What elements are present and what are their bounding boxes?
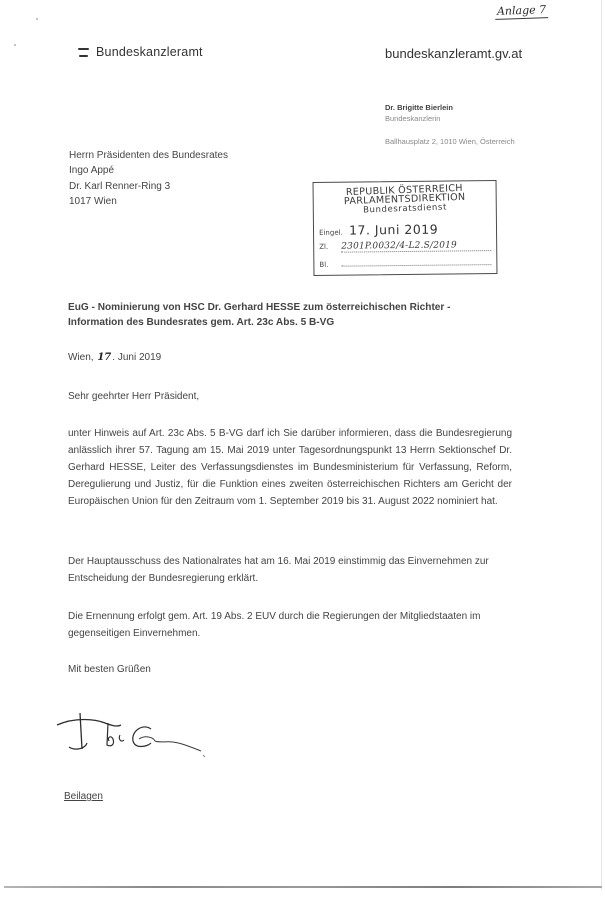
month-year: . Juni 2019 — [112, 352, 161, 363]
recipient-line: 1017 Wien — [69, 194, 228, 209]
sender-name: Dr. Brigitte Bierlein — [385, 102, 453, 113]
website-url: bundeskanzleramt.gv.at — [385, 46, 522, 61]
body-paragraph: Der Hauptausschuss des Nationalrates hat… — [68, 553, 512, 587]
page-edge — [601, 0, 602, 890]
austrian-flag-icon — [78, 48, 89, 57]
handwritten-annotation: Anlage 7 — [495, 3, 549, 20]
scan-speck — [14, 44, 16, 46]
place: Wien, — [68, 352, 94, 363]
stamp-reference-value: 2301P.0032/4-L2.S/2019 — [341, 240, 491, 253]
sender-block: Dr. Brigitte Bierlein Bundeskanzlerin — [385, 102, 453, 124]
recipient-line: Dr. Karl Renner-Ring 3 — [69, 179, 228, 194]
closing: Mit besten Grüßen — [68, 664, 151, 675]
body-paragraph: Die Ernennung erfolgt gem. Art. 19 Abs. … — [68, 608, 512, 642]
letter-subject: EuG - Nominierung von HSC Dr. Gerhard HE… — [68, 300, 508, 330]
stamp-reference-row: Zl. 2301P.0032/4-L2.S/2019 — [319, 240, 491, 253]
stamp-bl-line — [341, 258, 491, 267]
page-edge-bottom — [4, 886, 602, 888]
stamp-heading: REPUBLIK ÖSTERREICH PARLAMENTSDIREKTION … — [313, 183, 496, 218]
logo-text: Bundeskanzleramt — [96, 45, 203, 59]
enclosures-label: Beilagen — [64, 791, 103, 802]
stamp-reference-label: Zl. — [319, 243, 341, 251]
signature — [55, 705, 215, 765]
recipient-line: Herrn Präsidenten des Bundesrates — [69, 148, 228, 163]
received-stamp: REPUBLIK ÖSTERREICH PARLAMENTSDIREKTION … — [313, 180, 498, 276]
recipient-address: Herrn Präsidenten des Bundesrates Ingo A… — [69, 148, 228, 209]
scan-speck — [36, 18, 38, 20]
stamp-bl-label: Bl. — [319, 261, 341, 269]
place-date: Wien, 17. Juni 2019 — [68, 352, 161, 363]
sender-title: Bundeskanzlerin — [385, 113, 453, 124]
logo: Bundeskanzleramt — [78, 45, 203, 59]
body-paragraph: unter Hinweis auf Art. 23c Abs. 5 B-VG d… — [68, 425, 512, 510]
stamp-bl-row: Bl. — [319, 258, 491, 269]
stamp-received-row: Eingel. 17. Juni 2019 — [319, 222, 438, 238]
stamp-received-date: 17. Juni 2019 — [349, 222, 438, 238]
handwritten-day: 17 — [97, 352, 111, 363]
salutation: Sehr geehrter Herr Präsident, — [68, 391, 199, 402]
sender-address: Ballhausplatz 2, 1010 Wien, Österreich — [385, 137, 515, 146]
stamp-received-label: Eingel. — [319, 229, 341, 237]
recipient-line: Ingo Appé — [69, 163, 228, 178]
